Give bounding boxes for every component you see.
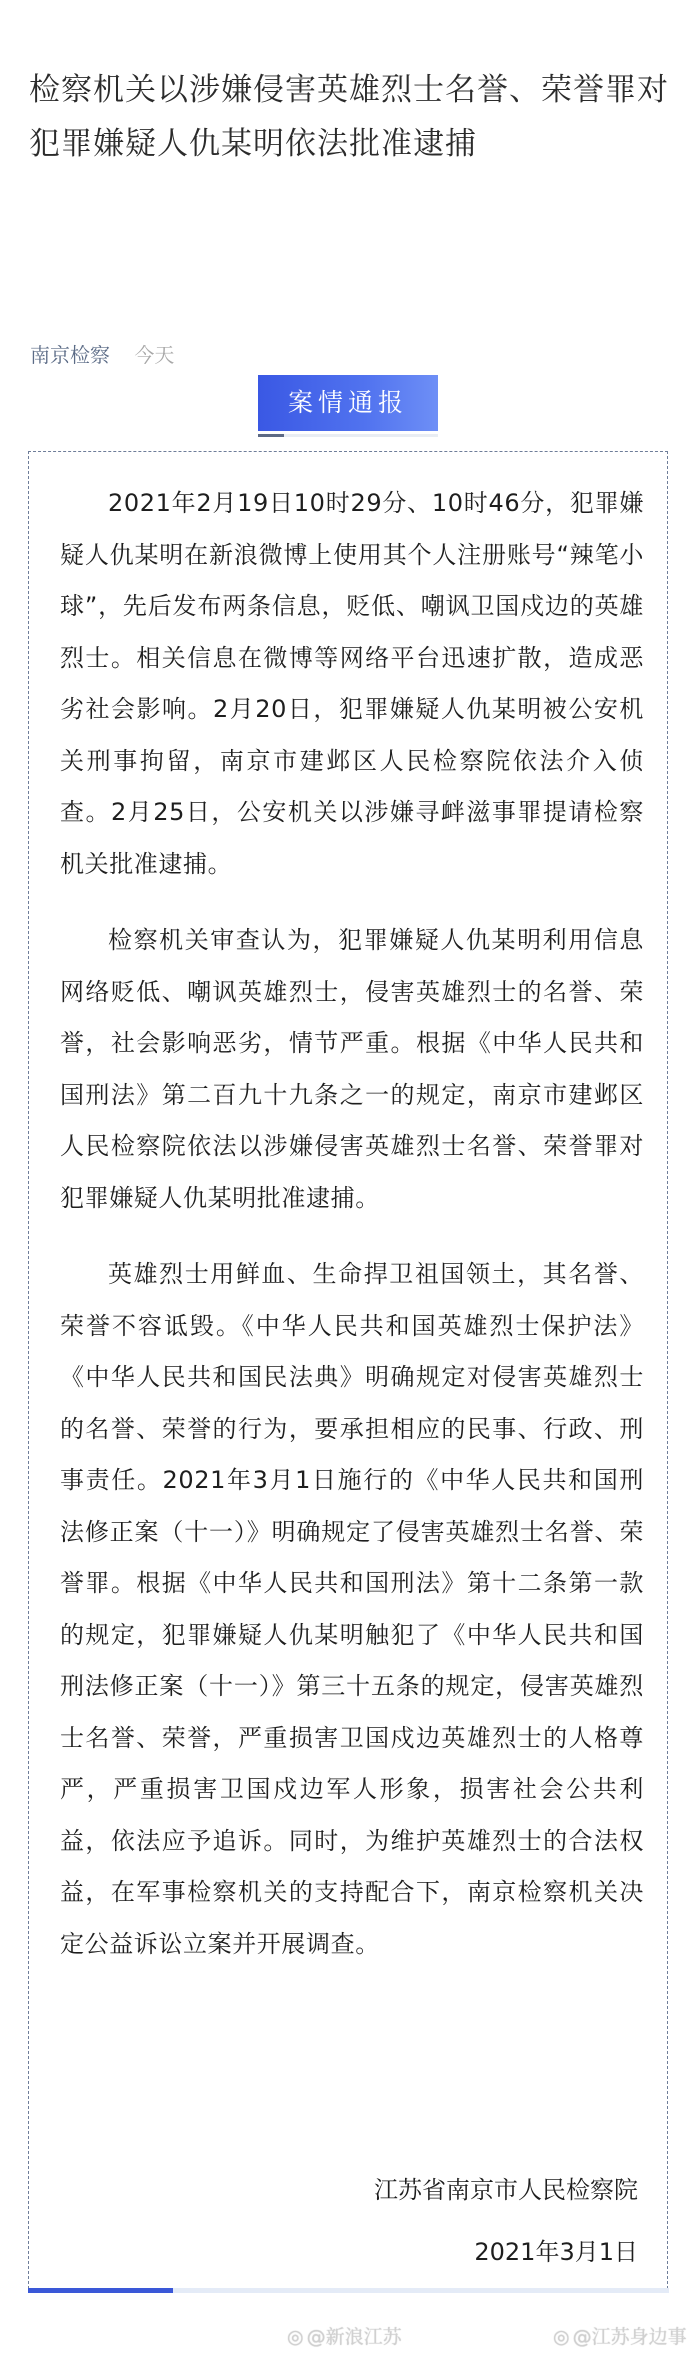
watermark: ◎@江苏身边事 <box>553 2322 687 2352</box>
watermark: ◎@新浪江苏 <box>287 2322 402 2352</box>
notice-body: 2021年2月19日10时29分、10时46分，犯罪嫌疑人仇某明在新浪微博上使用… <box>60 478 644 1995</box>
section-badge: 案情通报 <box>258 375 438 431</box>
article-meta: 南京检察 今天 <box>30 340 174 370</box>
badge-underline <box>258 434 438 437</box>
paragraph: 检察机关审查认为，犯罪嫌疑人仇某明利用信息网络贬低、嘲讽英雄烈士，侵害英雄烈士的… <box>60 915 644 1224</box>
author-link[interactable]: 南京检察 <box>30 343 110 367</box>
article-title: 检察机关以涉嫌侵害英雄烈士名誉、荣誉罪对犯罪嫌疑人仇某明依法批准逮捕 <box>29 63 669 171</box>
publish-time: 今天 <box>134 343 174 367</box>
paragraph: 英雄烈士用鲜血、生命捍卫祖国领土，其名誉、荣誉不容诋毁。《中华人民共和国英雄烈士… <box>60 1249 644 1970</box>
card-bottom-bar <box>28 2288 669 2293</box>
paragraph: 2021年2月19日10时29分、10时46分，犯罪嫌疑人仇某明在新浪微博上使用… <box>60 478 644 890</box>
card-bottom-accent <box>28 2288 173 2293</box>
signature-date: 2021年3月1日 <box>474 2232 638 2272</box>
badge-underline-accent <box>258 434 284 437</box>
weibo-icon: ◎ <box>287 2322 304 2352</box>
weibo-icon: ◎ <box>553 2322 570 2352</box>
signature-org: 江苏省南京市人民检察院 <box>374 2170 638 2210</box>
